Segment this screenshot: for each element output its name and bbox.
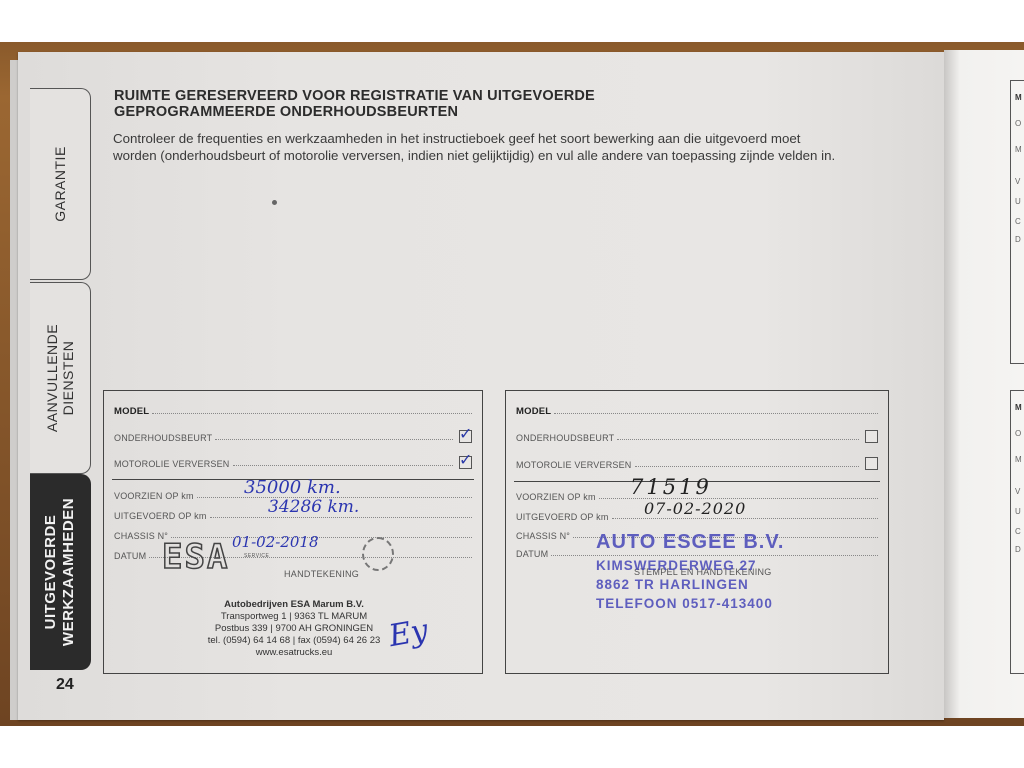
intro-line1: Controleer de frequenties en werkzaamhed… xyxy=(113,130,903,147)
datum-label: DATUM xyxy=(516,549,551,559)
onderhoudsbeurt-label: ONDERHOUDSBEURT xyxy=(114,433,215,443)
dotted-line xyxy=(233,465,454,466)
paper-speck xyxy=(272,200,277,205)
chassis-label: CHASSIS N° xyxy=(516,531,573,541)
model-label: MODEL xyxy=(516,406,554,417)
next-page-letter: D xyxy=(1015,545,1021,554)
service-record-form-1: MODEL ONDERHOUDSBEURT ✓ MOTOROLIE VERVER… xyxy=(103,390,483,674)
next-page-letter: O xyxy=(1015,119,1021,128)
next-page-form-2: M O M V U C D xyxy=(1010,390,1024,674)
dotted-line xyxy=(215,439,453,440)
next-page-letter: D xyxy=(1015,235,1021,244)
handwritten-uitgevoerd: 07-02-2020 xyxy=(644,499,746,518)
next-page-letter: U xyxy=(1015,507,1021,516)
handwritten-voorzien: 35000 km. xyxy=(244,477,341,498)
round-stamp xyxy=(362,537,394,571)
page-number: 24 xyxy=(56,676,74,694)
address-name: Autobedrijven ESA Marum B.V. xyxy=(174,599,414,611)
onderhoudsbeurt-checkbox[interactable] xyxy=(865,430,878,443)
model-field[interactable] xyxy=(152,413,472,414)
page-title-line1: RUIMTE GERESERVEERD VOOR REGISTRATIE VAN… xyxy=(114,88,894,104)
auto-esgee-stamp: AUTO ESGEE B.V. KIMSWERDERWEG 27 8862 TR… xyxy=(596,531,784,611)
dotted-line xyxy=(617,439,859,440)
handwritten-datum: 01-02-2018 xyxy=(232,533,318,551)
onderhoudsbeurt-checkbox[interactable]: ✓ xyxy=(459,430,472,443)
tab-aanvullende-diensten[interactable]: AANVULLENDE DIENSTEN xyxy=(30,282,91,474)
next-page-letter: M xyxy=(1015,455,1022,464)
tab-uitgevoerde-werkzaamheden-label: UITGEVOERDE WERKZAAMHEDEN xyxy=(42,498,78,646)
page-title-line2: GEPROGRAMMEERDE ONDERHOUDSBEURTEN xyxy=(114,104,894,120)
esa-stamp-sub: SERVICE xyxy=(244,553,269,559)
tab-label-line2: DIENSTEN xyxy=(60,324,76,432)
uitgevoerd-label: UITGEVOERD OP km xyxy=(114,511,210,521)
stempel-label: HANDTEKENING xyxy=(284,569,359,579)
check-icon: ✓ xyxy=(459,450,473,469)
page-title: RUIMTE GERESERVEERD VOOR REGISTRATIE VAN… xyxy=(114,88,894,120)
handwritten-uitgevoerd: 34286 km. xyxy=(268,497,359,517)
next-page-letter: V xyxy=(1015,487,1020,496)
tab-garantie-label: GARANTIE xyxy=(52,146,68,222)
esa-stamp-logo: ESA xyxy=(162,537,242,577)
tab-aanvullende-diensten-label: AANVULLENDE DIENSTEN xyxy=(44,324,76,432)
stamp-name: AUTO ESGEE B.V. xyxy=(596,531,784,554)
stamp-line2: 8862 TR HARLINGEN xyxy=(596,577,784,592)
motorolie-row: MOTOROLIE VERVERSEN ✓ xyxy=(114,453,472,469)
stamp-line1: KIMSWERDERWEG 27 xyxy=(596,558,784,573)
motorolie-checkbox[interactable] xyxy=(865,457,878,470)
motorolie-label: MOTOROLIE VERVERSEN xyxy=(114,459,233,469)
service-record-form-2: MODEL ONDERHOUDSBEURT MOTOROLIE VERVERSE… xyxy=(505,390,889,674)
dotted-line xyxy=(635,466,860,467)
intro-text: Controleer de frequenties en werkzaamhed… xyxy=(113,130,903,164)
model-label: MODEL xyxy=(114,406,152,417)
address-line2: Postbus 339 | 9700 AH GRONINGEN xyxy=(174,623,414,635)
motorolie-checkbox[interactable]: ✓ xyxy=(459,456,472,469)
uitgevoerd-label: UITGEVOERD OP km xyxy=(516,512,612,522)
address-line1: Transportweg 1 | 9363 TL MARUM xyxy=(174,611,414,623)
datum-label: DATUM xyxy=(114,551,149,561)
esa-address-block: Autobedrijven ESA Marum B.V. Transportwe… xyxy=(174,599,414,659)
signature: Ey xyxy=(386,613,430,654)
handwritten-voorzien: 71519 xyxy=(630,475,712,499)
model-row: MODEL xyxy=(114,401,472,417)
voorzien-label: VOORZIEN OP km xyxy=(516,492,599,502)
next-page-letter: V xyxy=(1015,177,1020,186)
tab-label-line1: UITGEVOERDE xyxy=(42,498,60,646)
motorolie-row: MOTOROLIE VERVERSEN xyxy=(516,454,878,470)
onderhoudsbeurt-row: ONDERHOUDSBEURT ✓ xyxy=(114,427,472,443)
onderhoudsbeurt-row: ONDERHOUDSBEURT xyxy=(516,427,878,443)
next-page-letter: M xyxy=(1015,93,1022,102)
next-page-letter: U xyxy=(1015,197,1021,206)
address-line4: www.esatrucks.eu xyxy=(174,647,414,659)
tab-label-line1: AANVULLENDE xyxy=(44,324,60,432)
tab-label-line2: WERKZAAMHEDEN xyxy=(60,498,78,646)
tab-uitgevoerde-werkzaamheden[interactable]: UITGEVOERDE WERKZAAMHEDEN xyxy=(30,474,91,670)
next-page-letter: C xyxy=(1015,527,1021,536)
next-page-letter: C xyxy=(1015,217,1021,226)
address-line3: tel. (0594) 64 14 68 | fax (0594) 64 26 … xyxy=(174,635,414,647)
tab-garantie[interactable]: GARANTIE xyxy=(30,88,91,280)
next-page-form-1: M O M V U C D xyxy=(1010,80,1024,364)
stamp-line3: TELEFOON 0517-413400 xyxy=(596,596,784,611)
next-page-letter: M xyxy=(1015,403,1022,412)
voorzien-label: VOORZIEN OP km xyxy=(114,491,197,501)
intro-line2: worden (onderhoudsbeurt of motorolie ver… xyxy=(113,147,903,164)
check-icon: ✓ xyxy=(459,424,473,443)
uitgevoerd-field[interactable] xyxy=(210,517,472,518)
onderhoudsbeurt-label: ONDERHOUDSBEURT xyxy=(516,433,617,443)
model-row: MODEL xyxy=(516,401,878,417)
motorolie-label: MOTOROLIE VERVERSEN xyxy=(516,460,635,470)
next-page-letter: M xyxy=(1015,145,1022,154)
next-page-letter: O xyxy=(1015,429,1021,438)
model-field[interactable] xyxy=(554,413,878,414)
uitgevoerd-field[interactable] xyxy=(612,518,878,519)
